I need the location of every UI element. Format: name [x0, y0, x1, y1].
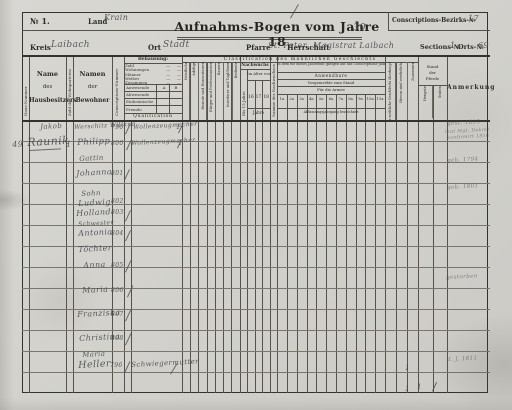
pen-stroke [125, 210, 131, 221]
handwritten-text: Schwiegermutter [131, 357, 199, 369]
handwritten-text: Johanna [76, 167, 112, 178]
pen-stroke [127, 285, 133, 297]
handwritten-text: Gattin [79, 154, 104, 163]
handwritten-text: 804 [111, 230, 124, 237]
handwritten-text: Raunik [27, 134, 69, 149]
handwritten-text: 796 [110, 362, 123, 369]
pen-stroke [125, 260, 131, 272]
handwritten-text: Ludwig [78, 197, 111, 208]
handwritten-text: Maria [82, 350, 105, 359]
handwritten-text: gestorben [446, 273, 478, 281]
pen-stroke [125, 230, 131, 241]
handwritten-text: 801 [111, 170, 124, 177]
handwritten-text: konfirmirt 1816 [447, 134, 489, 141]
handwritten-text: 49 [12, 139, 23, 149]
handwritten-text: geb. 1794 [447, 156, 479, 164]
handwritten-text: Jakob [40, 122, 62, 131]
handwriting-layer: 49JakobRaunik1Werschitz Willand790Wollen… [0, 0, 512, 410]
handwritten-text: Anna [83, 260, 106, 270]
handwritten-text: 1 [417, 383, 422, 391]
handwritten-text: 1 [66, 140, 72, 149]
pen-stroke [125, 309, 131, 321]
handwritten-text: Maria [82, 285, 109, 295]
pen-stroke [290, 4, 299, 18]
handwritten-text: Wollenzeugmacher [133, 121, 198, 131]
handwritten-text: 1 [405, 364, 410, 372]
pen-stroke [124, 169, 130, 180]
pen-stroke [124, 361, 130, 373]
document-scan: № 1. Land Krain Aufnahms-Bogen vom Jahre… [0, 0, 512, 410]
pen-stroke [432, 382, 437, 391]
handwritten-text: 803 [111, 209, 124, 216]
handwritten-text: Antonia [78, 227, 113, 238]
handwritten-text: Wollenzeugmacher [131, 137, 196, 147]
handwritten-text: Heller [78, 358, 111, 371]
handwritten-text: 802 [111, 198, 124, 205]
handwritten-text: Töchter [78, 243, 112, 254]
pen-stroke [125, 333, 131, 345]
pen-stroke [29, 148, 61, 150]
handwritten-text: Holland [76, 207, 111, 218]
handwritten-text: 805 [111, 262, 124, 269]
handwritten-text: 800 [111, 140, 124, 147]
handwritten-text: d. J. 1811 [447, 355, 478, 363]
handwritten-text: 1 [405, 385, 410, 393]
handwritten-text: Philipp [77, 136, 111, 148]
handwritten-text: 807 [111, 311, 124, 318]
handwritten-text: gest. 1815 [447, 119, 481, 127]
handwritten-text: 790 [111, 124, 124, 131]
handwritten-text: 806 [111, 287, 124, 294]
handwritten-text: geb. 1801 [447, 183, 479, 191]
handwritten-text: 808 [111, 335, 124, 342]
handwritten-text: Sohn [81, 189, 101, 198]
